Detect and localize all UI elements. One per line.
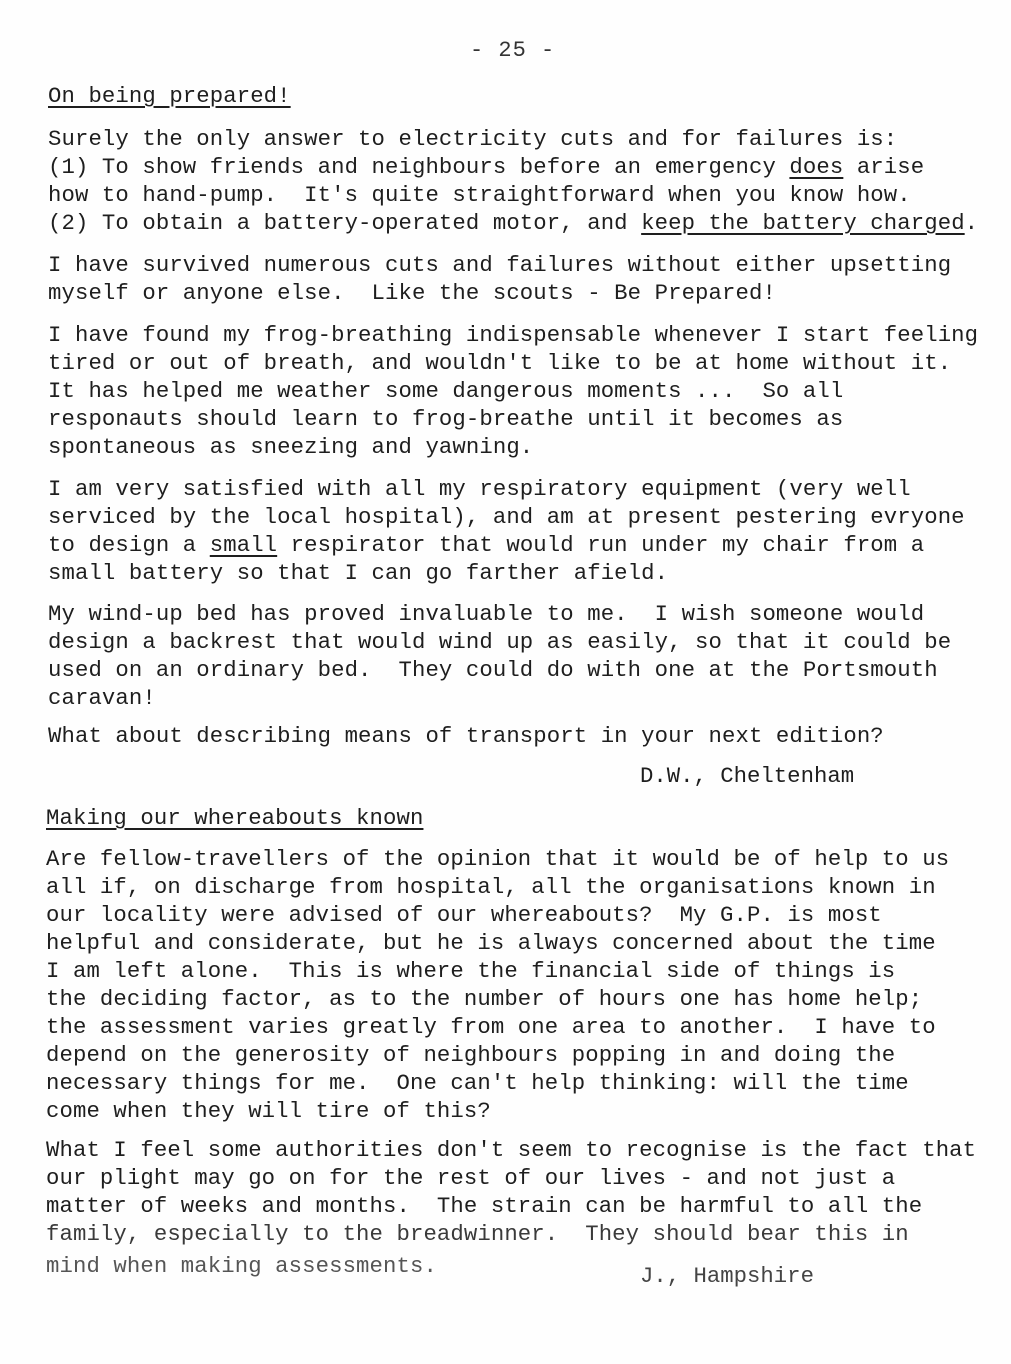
text-segment: arise	[843, 154, 924, 180]
section-heading-making-whereabouts-known: Making our whereabouts known	[46, 804, 423, 832]
text-line: depend on the generosity of neighbours p…	[46, 1041, 895, 1069]
text-line: I am very satisfied with all my respirat…	[48, 475, 911, 503]
text-line: the assessment varies greatly from one a…	[46, 1013, 936, 1041]
text-segment: respirator that would run under my chair…	[277, 532, 924, 558]
text-line: come when they will tire of this?	[46, 1097, 491, 1125]
text-line: responauts should learn to frog-breathe …	[48, 405, 843, 433]
text-segment: (2) To obtain a battery-operated motor, …	[48, 210, 641, 236]
text-line: our locality were advised of our whereab…	[46, 901, 882, 929]
text-line: matter of weeks and months. The strain c…	[46, 1192, 922, 1220]
text-line: I have survived numerous cuts and failur…	[48, 251, 951, 279]
underlined-word: small	[210, 532, 277, 558]
text-line: used on an ordinary bed. They could do w…	[48, 656, 938, 684]
page-number: - 25 -	[470, 38, 555, 63]
text-line: to design a small respirator that would …	[48, 531, 924, 559]
section-heading-on-being-prepared: On being prepared!	[48, 82, 291, 110]
text-line: design a backrest that would wind up as …	[48, 628, 951, 656]
text-segment: to design a	[48, 532, 210, 558]
text-line: helpful and considerate, but he is alway…	[46, 929, 936, 957]
underlined-phrase: keep the battery charged	[641, 210, 965, 236]
text-segment: (1) To show friends and neighbours befor…	[48, 154, 789, 180]
text-line: tired or out of breath, and wouldn't lik…	[48, 349, 951, 377]
text-line: caravan!	[48, 684, 156, 712]
text-line: mind when making assessments.	[46, 1252, 437, 1280]
text-line: Surely the only answer to electricity cu…	[48, 125, 897, 153]
text-line: (2) To obtain a battery-operated motor, …	[48, 209, 978, 237]
signature-j-hampshire: J., Hampshire	[640, 1262, 814, 1290]
underlined-word: does	[789, 154, 843, 180]
text-line: What about describing means of transport…	[48, 722, 884, 750]
text-line: our plight may go on for the rest of our…	[46, 1164, 895, 1192]
text-line: small battery so that I can go farther a…	[48, 559, 668, 587]
text-line: What I feel some authorities don't seem …	[46, 1136, 976, 1164]
text-line: spontaneous as sneezing and yawning.	[48, 433, 533, 461]
text-line: all if, on discharge from hospital, all …	[46, 873, 936, 901]
text-line: It has helped me weather some dangerous …	[48, 377, 843, 405]
text-line: the deciding factor, as to the number of…	[46, 985, 922, 1013]
text-line: serviced by the local hospital), and am …	[48, 503, 965, 531]
text-line: family, especially to the breadwinner. T…	[46, 1220, 909, 1248]
text-segment: .	[965, 210, 978, 236]
signature-dw-cheltenham: D.W., Cheltenham	[640, 762, 854, 790]
text-line: (1) To show friends and neighbours befor…	[48, 153, 924, 181]
text-line: necessary things for me. One can't help …	[46, 1069, 909, 1097]
typewritten-page: - 25 - On being prepared! Surely the onl…	[0, 0, 1011, 1364]
text-line: I am left alone. This is where the finan…	[46, 957, 895, 985]
text-line: My wind-up bed has proved invaluable to …	[48, 600, 924, 628]
text-line: how to hand-pump. It's quite straightfor…	[48, 181, 911, 209]
text-line: myself or anyone else. Like the scouts -…	[48, 279, 776, 307]
text-line: I have found my frog-breathing indispens…	[48, 321, 978, 349]
text-line: Are fellow-travellers of the opinion tha…	[46, 845, 949, 873]
